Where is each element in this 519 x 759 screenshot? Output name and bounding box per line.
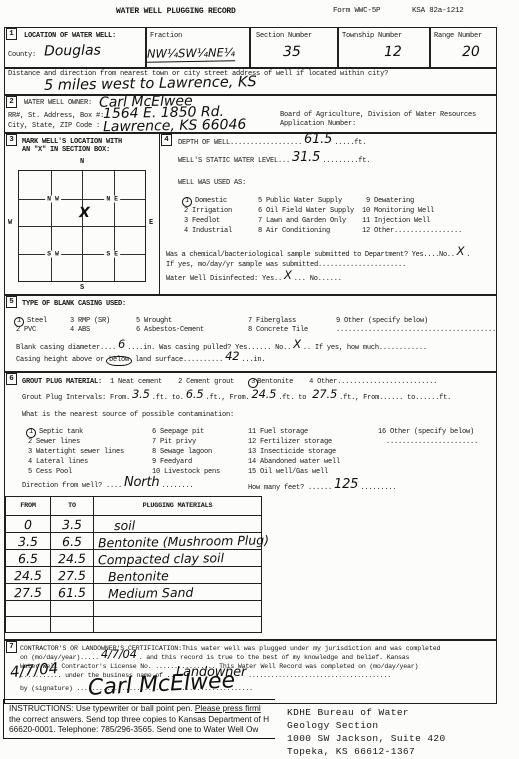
contamination-oil-gas-well: 15 Oil well/Gas well [248, 468, 328, 477]
completed-date-value: 4/7/04 [101, 653, 137, 658]
casing-diameter-line: Blank casing diameter....6....in. Was ca… [16, 344, 427, 353]
depth-suffix: .....ft. [334, 139, 366, 147]
interval-seg: .ft., From...... to......ft. [339, 394, 451, 402]
township-number-label: Township Number [342, 32, 402, 41]
casing-pulled-end: .. If yes, how much............ [303, 344, 427, 352]
use-label: Feedlot [192, 217, 220, 225]
casing-height-mid: land surface.......... [131, 356, 223, 364]
grid-line [19, 199, 145, 200]
disinfected-end: ... No...... [294, 275, 342, 283]
completed-date-label: on (mo/day/year)..... [20, 654, 99, 661]
casing-type-label: Steel [27, 317, 47, 325]
address-label: RR#, St. Address, Box #: [8, 112, 104, 121]
contamination-sewer-lines: 2 Sewer lines [28, 438, 80, 447]
form-title: WATER WELL PLUGGING RECORD [116, 7, 236, 16]
interval2-from-value: 24.5 [251, 393, 276, 398]
how-many-feet-line: How many feet? ......125......... [248, 484, 396, 493]
county-value: Douglas [44, 44, 101, 59]
table-row-empty [6, 601, 262, 617]
compass-north-label: N [80, 158, 84, 166]
interval1-to-value: 6.5 [186, 393, 204, 398]
to-value: 61.5 [51, 584, 93, 600]
sample-question-end: . [466, 251, 470, 259]
compass-east-label: E [149, 219, 153, 227]
static-level-value: 31.5 [292, 156, 320, 161]
disinfected-yes-x-mark: X [284, 274, 292, 279]
divider [337, 28, 339, 67]
instructions-box: INSTRUCTIONS: Use typewriter or ball poi… [3, 699, 275, 739]
to-value: 27.5 [51, 567, 93, 583]
casing-type-number: 5 [136, 317, 140, 325]
feet-dots: ......... [360, 484, 396, 492]
from-value: 6.5 [6, 550, 50, 566]
to-value: 6.5 [51, 533, 93, 549]
casing-option-rmp: 3 RMP (SR) [70, 317, 110, 326]
casing-type-number: 6 [136, 326, 140, 334]
use-number: 4 [184, 227, 188, 235]
from-value: 3.5 [6, 533, 50, 549]
grid-line [19, 254, 145, 255]
stamp-line-3: 1000 SW Jackson, Suite 420 [287, 732, 446, 745]
direction-label: Direction from well? .... [22, 482, 122, 490]
form-ksa: KSA 82a-1212 [412, 7, 464, 16]
casing-option-steel: 1 Steel [16, 317, 47, 326]
water-well-plugging-record-form: WATER WELL PLUGGING RECORD Form WWC-5P K… [0, 0, 519, 759]
depth-of-well-line: DEPTH OF WELL..................61.5.....… [178, 139, 366, 148]
contamination-label: Cess Pool [36, 468, 72, 476]
casing-type-number: 3 [70, 317, 74, 325]
range-number-value: 20 [462, 45, 480, 59]
used-as-label: WELL WAS USED AS: [178, 179, 246, 188]
owner-label: WATER WELL OWNER: [24, 99, 92, 108]
plugging-table-header-row: FROM TO PLUGGING MATERIALS [6, 497, 262, 516]
plugging-table: FROM TO PLUGGING MATERIALS 03.5soil 3.56… [5, 496, 262, 633]
instructions-line-3: 66620-0001. Telephone: 785/296-3565. Sen… [9, 724, 275, 735]
casing-option-other: 9 Other (specify below) [336, 317, 428, 326]
contamination-label: Watertight sewer lines [36, 448, 124, 456]
contamination-pit-privy: 7 Pit privy [152, 438, 196, 447]
material-value: Bentonite (Mushroom Plug) [94, 532, 261, 550]
depth-label: DEPTH OF WELL.................. [178, 139, 302, 147]
kdhe-address-stamp: KDHE Bureau of Water Geology Section 100… [287, 706, 446, 758]
instructions-underlined-text: Please press firml [195, 703, 261, 713]
from-value: 24.5 [6, 567, 50, 583]
section-number-value: 35 [283, 45, 301, 59]
table-row-empty [6, 617, 262, 633]
county-label: County: [8, 51, 36, 60]
use-option-other: 12 Other................. [362, 227, 462, 236]
section-3-number: 3 [6, 134, 17, 146]
contamination-other-dots: ....................... [386, 438, 478, 447]
contamination-number: 3 [28, 448, 32, 456]
use-option-monitoring: 10 Monitoring Well [362, 207, 434, 216]
section-6-number: 6 [6, 373, 17, 385]
use-option-irrigation: 2 Irrigation [184, 207, 232, 216]
direction-from-well-line: Direction from well? ....North........ [22, 482, 193, 491]
certification-line-2: on (mo/day/year).....4/7/04. and this re… [20, 653, 409, 662]
sample-question: Was a chemical/bacteriological sample su… [166, 251, 455, 259]
instructions-text: INSTRUCTIONS: Use typewriter or ball poi… [9, 703, 195, 713]
to-value: 24.5 [51, 550, 93, 566]
table-row: 3.56.5Bentonite (Mushroom Plug) [6, 533, 262, 550]
casing-option-fiberglass: 7 Fiberglass [248, 317, 296, 326]
casing-type-number: 9 [336, 317, 340, 325]
section-5-number: 5 [6, 296, 17, 308]
distance-value: 5 miles west to Lawrence, KS [44, 75, 257, 93]
contamination-fertilizer: 12 Fertilizer storage [248, 438, 332, 447]
circled-below-word: below [106, 356, 132, 366]
grout-material-line: GROUT PLUG MATERIAL: 1 Neat cement 2 Cem… [22, 378, 437, 387]
location-label: LOCATION OF WATER WELL: [24, 32, 116, 41]
interval-seg: .ft. to. [152, 394, 184, 402]
feet-value: 125 [334, 483, 358, 488]
disinfected-line: Water Well Disinfected: Yes..X... No....… [166, 275, 342, 284]
fraction-label: Fraction [150, 32, 182, 41]
contamination-insecticide: 13 Insecticide storage [248, 448, 336, 457]
stamp-line-4: Topeka, KS 66612-1367 [287, 745, 446, 758]
interval1-from-value: 3.5 [132, 393, 150, 398]
circled-contamination-1: 1 [26, 428, 36, 438]
contamination-watertight: 3 Watertight sewer lines [28, 448, 124, 457]
quadrant-sw-label: S W [45, 250, 61, 257]
casing-type-number: 2 [16, 326, 20, 334]
casing-type-number: 7 [248, 317, 252, 325]
grout-option-cement-grout: 2 Cement grout [178, 378, 234, 386]
compass-south-label: S [80, 284, 84, 292]
section-4-number: 4 [161, 134, 172, 146]
use-option-public: 5 Public Water Supply [258, 197, 342, 206]
table-row: 6.524.5Compacted clay soil [6, 550, 262, 567]
use-option-injection: 11 Injection Well [362, 217, 430, 226]
casing-option-wrought: 5 Wrought [136, 317, 172, 326]
section-number-label: Section Number [256, 32, 312, 41]
record-date-value: 4/7/04 [9, 661, 58, 680]
use-number: 2 [184, 207, 188, 215]
well-location-x-mark: X [79, 206, 90, 220]
contamination-number: 2 [28, 438, 32, 446]
casing-type-label: Wrought [144, 317, 172, 325]
casing-option-asbestos: 6 Asbestos-Cement [136, 326, 204, 335]
casing-other-dots: ........................................ [336, 326, 496, 335]
table-row: 27.561.5Medium Sand [6, 584, 262, 601]
material-value: Compacted clay soil [94, 549, 261, 567]
contamination-number: 4 [28, 458, 32, 466]
range-number-label: Range Number [434, 32, 482, 41]
stamp-line-2: Geology Section [287, 719, 446, 732]
casing-diameter-value: 6 [118, 343, 125, 348]
disinfected-label: Water Well Disinfected: Yes.. [166, 275, 282, 283]
contamination-septic-tank: 1 Septic tank [28, 428, 83, 437]
use-option-aircon: 8 Air Conditioning [258, 227, 330, 236]
from-value: 0 [6, 516, 50, 532]
section-2-number: 2 [6, 96, 17, 108]
grout-option-other: 4 Other......................... [309, 378, 437, 386]
material-value: Medium Sand [94, 583, 261, 601]
from-value: 27.5 [6, 584, 50, 600]
quadrant-se-label: S E [104, 250, 120, 257]
contamination-livestock: 10 Livestock pens [152, 468, 220, 477]
business-name-dots: ...................................... [248, 672, 391, 679]
casing-type-label: ABS [78, 326, 90, 334]
contamination-lateral: 4 Lateral lines [28, 458, 88, 467]
contamination-cess-pool: 5 Cess Pool [28, 468, 72, 477]
quadrant-ne-label: N E [104, 195, 120, 202]
grout-intervals-line: Grout Plug Intervals: From.3.5.ft. to.6.… [22, 394, 451, 403]
casing-option-pvc: 2 PVC [16, 326, 36, 335]
col-header-materials: PLUGGING MATERIALS [94, 497, 262, 516]
section-grid: N W N E S W S E X [18, 170, 146, 282]
interval-seg: .ft. to [278, 394, 310, 402]
direction-dots: ........ [161, 482, 193, 490]
city-state-zip-value: Lawrence, KS 66046 [103, 118, 247, 134]
city-state-zip-label: City, State, ZIP Code : [8, 122, 100, 131]
casing-type-label: Asbestos-Cement [144, 326, 204, 334]
grout-material-label: GROUT PLUG MATERIAL: [22, 378, 102, 386]
use-number: 3 [184, 217, 188, 225]
casing-type-label: Other (specify below) [344, 317, 428, 325]
casing-type-label: RMP (SR) [78, 317, 110, 325]
use-option-dewatering: 9 Dewatering [366, 197, 414, 206]
casing-option-concrete: 8 Concrete Tile [248, 326, 308, 335]
grid-line [19, 226, 145, 227]
casing-type-number: 8 [248, 326, 252, 334]
contamination-label: Septic tank [39, 428, 83, 436]
circled-use-1: 1 [182, 197, 192, 207]
sample-no-x-mark: X [457, 250, 465, 255]
casing-height-line: Casing height above or below land surfac… [16, 356, 265, 365]
use-option-domestic: 1 Domestic [184, 197, 227, 206]
contamination-other: 16 Other (specify below) [378, 428, 474, 437]
board-of-agriculture-label: Board of Agriculture, Division of Water … [280, 111, 476, 120]
quadrant-nw-label: N W [45, 195, 61, 202]
casing-option-abs: 4 ABS [70, 326, 90, 335]
use-option-lawn: 7 Lawn and Garden Only [258, 217, 346, 226]
contamination-fuel: 11 Fuel storage [248, 428, 308, 437]
casing-height-end: ...in. [241, 356, 265, 364]
use-label: Irrigation [192, 207, 232, 215]
township-number-value: 12 [384, 45, 402, 59]
static-level-suffix: .........ft. [322, 157, 370, 165]
contamination-sewage-lagoon: 8 Sewage lagoon [152, 448, 212, 457]
sample-question-line: Was a chemical/bacteriological sample su… [166, 251, 470, 260]
casing-pulled-no-x-mark: X [293, 343, 301, 348]
mark-location-label-2: AN "X" IN SECTION BOX: [22, 146, 110, 155]
casing-diameter-label: Blank casing diameter.... [16, 344, 116, 352]
contamination-question: What is the nearest source of possible c… [22, 411, 234, 420]
grout-option-bentonite: Bentonite [257, 378, 293, 386]
form-number: Form WWC-5P [333, 7, 380, 16]
contamination-label: Sewer lines [36, 438, 80, 446]
col-header-to: TO [51, 497, 94, 516]
compass-west-label: W [8, 219, 12, 227]
casing-type-label: Concrete Tile [256, 326, 308, 334]
contamination-seepage: 6 Seepage pit [152, 428, 204, 437]
col-header-from: FROM [6, 497, 51, 516]
table-row: 03.5soil [6, 516, 262, 533]
contamination-number: 5 [28, 468, 32, 476]
certification-line-2-end: . and this record is true to the best of… [139, 654, 410, 661]
casing-type-number: 4 [70, 326, 74, 334]
table-row: 24.527.5Bentonite [6, 567, 262, 584]
fraction-value: NW¼SW¼NE¼ [147, 47, 235, 62]
contamination-feedyard: 9 Feedyard [152, 458, 192, 467]
interval2-to-value: 27.5 [312, 393, 337, 398]
casing-height-value: 42 [225, 355, 239, 360]
direction-value: North [124, 481, 159, 486]
certification-line-1: CONTRACTOR'S OR LANDOWNER'S CERTIFICATIO… [20, 644, 440, 653]
feet-label: How many feet? ...... [248, 484, 332, 492]
use-label: Industrial [192, 227, 232, 235]
use-option-feedlot: 3 Feedlot [184, 217, 220, 226]
material-value: Bentonite [94, 566, 261, 584]
static-level-line: WELL'S STATIC WATER LEVEL...31.5........… [178, 157, 370, 166]
casing-type-label: Fiberglass [256, 317, 296, 325]
signature-label: by (signature) .. [20, 685, 84, 692]
contamination-label: Lateral lines [36, 458, 88, 466]
casing-type-label: PVC [24, 326, 36, 334]
use-option-industrial: 4 Industrial [184, 227, 232, 236]
casing-pulled-label: ....in. Was casing pulled? Yes...... No.… [127, 344, 291, 352]
grout-option-neat-cement: 1 Neat cement [110, 378, 162, 386]
instructions-line-1: INSTRUCTIONS: Use typewriter or ball poi… [9, 703, 275, 714]
grout-intervals-label: Grout Plug Intervals: From. [22, 394, 130, 402]
static-level-label: WELL'S STATIC WATER LEVEL... [178, 157, 290, 165]
casing-label: TYPE OF BLANK CASING USED: [22, 300, 126, 309]
use-label: Domestic [195, 197, 227, 205]
to-value: 3.5 [51, 516, 93, 532]
divider [249, 28, 251, 67]
instructions-line-2: the correct answers. Send top three copi… [9, 714, 275, 725]
divider [429, 28, 431, 67]
stamp-line-1: KDHE Bureau of Water [287, 706, 446, 719]
interval-seg: .ft., From. [205, 394, 249, 402]
section-7-number: 7 [6, 641, 17, 653]
depth-value: 61.5 [304, 138, 332, 143]
casing-height-label: Casing height above or [16, 356, 108, 364]
use-option-oilfield: 6 Oil Field Water Supply [258, 207, 354, 216]
contamination-abandoned-well: 14 Abandoned water well [248, 458, 340, 467]
material-value: soil [94, 515, 261, 533]
section-1-number: 1 [6, 28, 17, 40]
application-number-label: Application Number: [280, 120, 356, 129]
